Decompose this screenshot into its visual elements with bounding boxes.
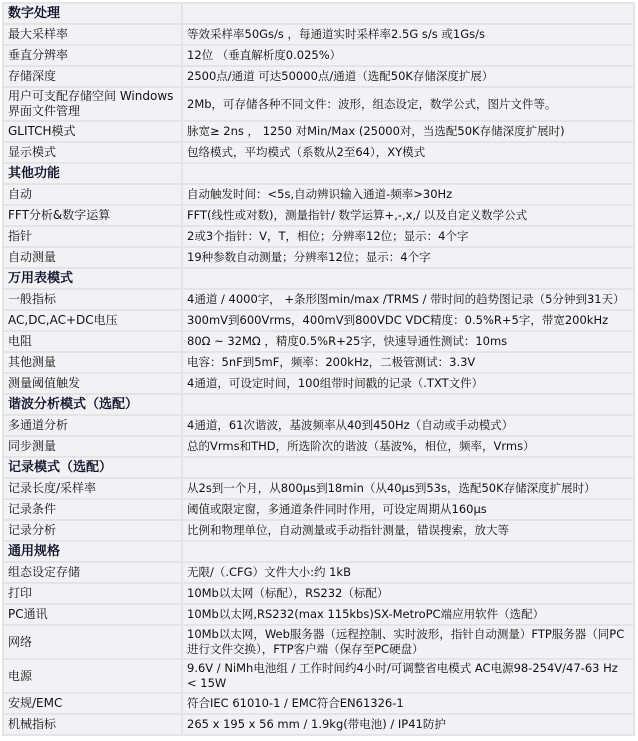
row-label: 记录条件 bbox=[3, 499, 182, 520]
row-value: 10Mb以太网，Web服务器（远程控制、实时波形，指针自动测量）FTP服务器（同… bbox=[182, 625, 634, 659]
row-value: 无限/（.CFG）文件大小:约 1kB bbox=[182, 562, 634, 583]
row-value: 总的Vrms和THD，所选阶次的谐波（基波%，相位，频率，Vrms） bbox=[182, 436, 634, 457]
table-row: 记录分析 比例和物理单位，自动测量或手动指针测量，错误搜索，放大等 bbox=[3, 520, 634, 541]
section-header-recording-mode: 记录模式（选配） bbox=[3, 457, 634, 478]
row-label: 记录分析 bbox=[3, 520, 182, 541]
section-header-digital-processing: 数字处理 bbox=[3, 3, 634, 24]
table-row: 显示模式 包络模式，平均模式（系数从2至64），XY模式 bbox=[3, 142, 634, 163]
row-value: 10Mb以太网,RS232(max 115kbs)SX-MetroPC端应用软件… bbox=[182, 604, 634, 625]
row-value: 电容：5nF到5mF，频率：200kHz，二极管测试：3.3V bbox=[182, 352, 634, 373]
table-row: 机械指标 265 x 195 x 56 mm / 1.9kg(带电池) / IP… bbox=[3, 714, 634, 735]
row-value: 阈值或限定窗，多通道条件同时作用，可设定周期从160μs bbox=[182, 499, 634, 520]
spec-table: 数字处理 最大采样率 等效采样率50Gs/s ，每通道实时采样率2.5G s/s… bbox=[2, 2, 635, 736]
table-row: 安规/EMC 符合IEC 61010-1 / EMC符合EN61326-1 bbox=[3, 693, 634, 714]
row-label: 最大采样率 bbox=[3, 24, 182, 45]
table-row: AC,DC,AC+DC电压 300mV到600Vrms，400mV到800VDC… bbox=[3, 310, 634, 331]
table-row: 记录长度/采样率 从2s到一个月，从800μs到18min（从40μs到53s，… bbox=[3, 478, 634, 499]
row-value: 包络模式，平均模式（系数从2至64），XY模式 bbox=[182, 142, 634, 163]
table-row: 网络 10Mb以太网，Web服务器（远程控制、实时波形，指针自动测量）FTP服务… bbox=[3, 625, 634, 659]
row-label: 自动 bbox=[3, 184, 182, 205]
row-value: 12位 （垂直解析度0.025%） bbox=[182, 45, 634, 66]
row-label: 同步测量 bbox=[3, 436, 182, 457]
row-value: 2500点/通道 可达50000点/通道（选配50K存储深度扩展） bbox=[182, 66, 634, 87]
section-header-other-functions: 其他功能 bbox=[3, 163, 634, 184]
section-header-general-specs: 通用规格 bbox=[3, 541, 634, 562]
section-title: 其他功能 bbox=[3, 163, 182, 184]
row-label: FFT分析&数字运算 bbox=[3, 205, 182, 226]
section-title: 万用表模式 bbox=[3, 268, 182, 289]
row-value: 自动触发时间：<5s,自动辨识输入通道-频率>30Hz bbox=[182, 184, 634, 205]
row-value: 2或3个指针：V，T，相位；分辨率12位；显示：4个字 bbox=[182, 226, 634, 247]
row-value: 符合IEC 61010-1 / EMC符合EN61326-1 bbox=[182, 693, 634, 714]
section-header-multimeter-mode: 万用表模式 bbox=[3, 268, 634, 289]
table-row: 电阻 80Ω ~ 32MΩ ，精度0.5%R+25字，快速导通性测试：10ms bbox=[3, 331, 634, 352]
row-value: 80Ω ~ 32MΩ ，精度0.5%R+25字，快速导通性测试：10ms bbox=[182, 331, 634, 352]
row-value: 300mV到600Vrms，400mV到800VDC VDC精度：0.5%R+5… bbox=[182, 310, 634, 331]
row-label: 机械指标 bbox=[3, 714, 182, 735]
row-value: 等效采样率50Gs/s ，每通道实时采样率2.5G s/s 或1Gs/s bbox=[182, 24, 634, 45]
table-row: 测量阈值触发 4通道，可设定时间，100组带时间戳的记录（.TXT文件） bbox=[3, 373, 634, 394]
row-label: 其他测量 bbox=[3, 352, 182, 373]
row-value: 10Mb以太网（标配），RS232（标配） bbox=[182, 583, 634, 604]
row-label: PC通讯 bbox=[3, 604, 182, 625]
row-label: 垂直分辨率 bbox=[3, 45, 182, 66]
row-label: 组态设定存储 bbox=[3, 562, 182, 583]
table-row: PC通讯 10Mb以太网,RS232(max 115kbs)SX-MetroPC… bbox=[3, 604, 634, 625]
row-label: 指针 bbox=[3, 226, 182, 247]
table-row: 多通道分析 4通道，61次谐波，基波频率从40到450Hz（自动或手动模式） bbox=[3, 415, 634, 436]
row-label: 显示模式 bbox=[3, 142, 182, 163]
row-value: 2Mb，可存储各种不同文件：波形，组态设定，数学公式，图片文件等。 bbox=[182, 87, 634, 121]
row-label: 电源 bbox=[3, 659, 182, 693]
row-value: FFT(线性或对数)，测量指针/ 数学运算+,-,x,/ 以及自定义数学公式 bbox=[182, 205, 634, 226]
row-value: 比例和物理单位，自动测量或手动指针测量，错误搜索，放大等 bbox=[182, 520, 634, 541]
table-row: 自动 自动触发时间：<5s,自动辨识输入通道-频率>30Hz bbox=[3, 184, 634, 205]
row-label: 电阻 bbox=[3, 331, 182, 352]
row-label: 测量阈值触发 bbox=[3, 373, 182, 394]
row-value: 4通道，61次谐波，基波频率从40到450Hz（自动或手动模式） bbox=[182, 415, 634, 436]
row-label: 网络 bbox=[3, 625, 182, 659]
table-row: 存储深度 2500点/通道 可达50000点/通道（选配50K存储深度扩展） bbox=[3, 66, 634, 87]
table-row: 电源 9.6V / NiMh电池组 / 工作时间约4小时/可调整省电模式 AC电… bbox=[3, 659, 634, 693]
table-row: 记录条件 阈值或限定窗，多通道条件同时作用，可设定周期从160μs bbox=[3, 499, 634, 520]
table-row: 指针 2或3个指针：V，T，相位；分辨率12位；显示：4个字 bbox=[3, 226, 634, 247]
table-row: 打印 10Mb以太网（标配），RS232（标配） bbox=[3, 583, 634, 604]
row-label: 存储深度 bbox=[3, 66, 182, 87]
row-value: 4通道 / 4000字， +条形图min/max /TRMS / 带时间的趋势图… bbox=[182, 289, 634, 310]
row-label: 多通道分析 bbox=[3, 415, 182, 436]
row-label: 安规/EMC bbox=[3, 693, 182, 714]
row-value: 脉宽≥ 2ns ， 1250 对Min/Max (25000对，当选配50K存储… bbox=[182, 121, 634, 142]
row-value: 19种参数自动测量；分辨率12位；显示：4个字 bbox=[182, 247, 634, 268]
table-row: GLITCH模式 脉宽≥ 2ns ， 1250 对Min/Max (25000对… bbox=[3, 121, 634, 142]
row-value: 从2s到一个月，从800μs到18min（从40μs到53s，选配50K存储深度… bbox=[182, 478, 634, 499]
row-value: 265 x 195 x 56 mm / 1.9kg(带电池) / IP41防护 bbox=[182, 714, 634, 735]
table-row: 垂直分辨率 12位 （垂直解析度0.025%） bbox=[3, 45, 634, 66]
table-row: 用户可支配存储空间 Windows界面文件管理 2Mb，可存储各种不同文件：波形… bbox=[3, 87, 634, 121]
row-label: 打印 bbox=[3, 583, 182, 604]
table-row: 一般指标 4通道 / 4000字， +条形图min/max /TRMS / 带时… bbox=[3, 289, 634, 310]
section-title: 通用规格 bbox=[3, 541, 182, 562]
row-label: 自动测量 bbox=[3, 247, 182, 268]
table-row: FFT分析&数字运算 FFT(线性或对数)，测量指针/ 数学运算+,-,x,/ … bbox=[3, 205, 634, 226]
table-row: 自动测量 19种参数自动测量；分辨率12位；显示：4个字 bbox=[3, 247, 634, 268]
row-label: GLITCH模式 bbox=[3, 121, 182, 142]
table-row: 同步测量 总的Vrms和THD，所选阶次的谐波（基波%，相位，频率，Vrms） bbox=[3, 436, 634, 457]
section-title: 数字处理 bbox=[3, 3, 182, 24]
section-title: 谐波分析模式（选配） bbox=[3, 394, 182, 415]
row-label: 一般指标 bbox=[3, 289, 182, 310]
row-value: 9.6V / NiMh电池组 / 工作时间约4小时/可调整省电模式 AC电源98… bbox=[182, 659, 634, 693]
table-row: 组态设定存储 无限/（.CFG）文件大小:约 1kB bbox=[3, 562, 634, 583]
table-row: 最大采样率 等效采样率50Gs/s ，每通道实时采样率2.5G s/s 或1Gs… bbox=[3, 24, 634, 45]
row-label: 记录长度/采样率 bbox=[3, 478, 182, 499]
row-label: 用户可支配存储空间 Windows界面文件管理 bbox=[3, 87, 182, 121]
section-title: 记录模式（选配） bbox=[3, 457, 182, 478]
row-value: 4通道，可设定时间，100组带时间戳的记录（.TXT文件） bbox=[182, 373, 634, 394]
table-row: 其他测量 电容：5nF到5mF，频率：200kHz，二极管测试：3.3V bbox=[3, 352, 634, 373]
row-label: AC,DC,AC+DC电压 bbox=[3, 310, 182, 331]
section-header-harmonic-analysis: 谐波分析模式（选配） bbox=[3, 394, 634, 415]
